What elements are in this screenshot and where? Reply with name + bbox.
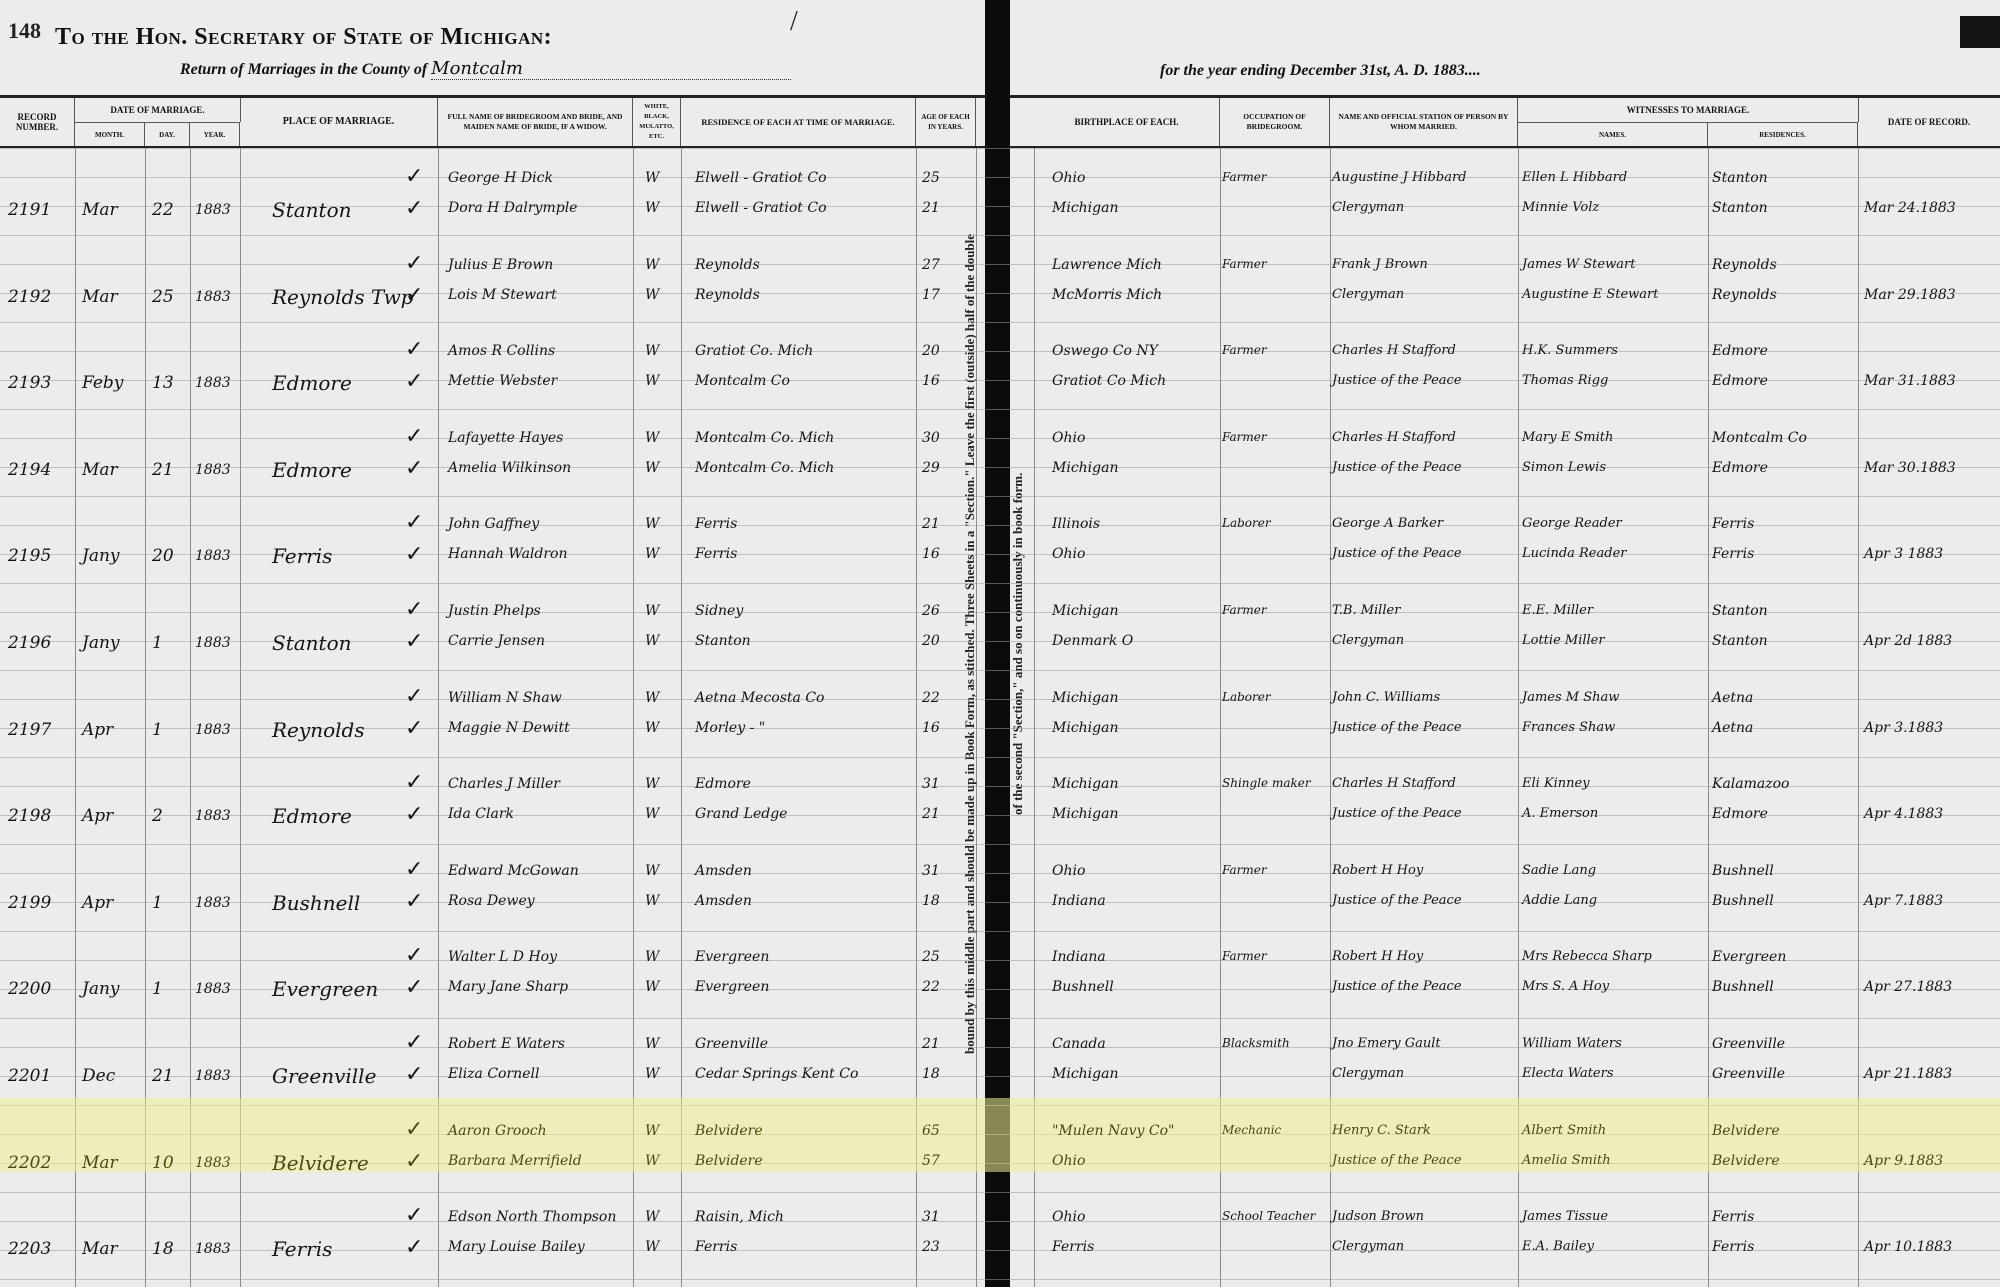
bride-age: 20 <box>922 633 940 649</box>
officiant-title: Clergyman <box>1332 287 1404 302</box>
date-of-record: Apr 21.1883 <box>1864 1066 1952 1082</box>
officiant-name: Augustine J Hibbard <box>1332 170 1466 185</box>
marriage-record-row[interactable]: 2197 Apr 1 1883 Reynolds ✓ ✓ William N S… <box>0 672 2000 758</box>
bride-age: 16 <box>922 720 940 736</box>
header-date-of-record: Date of Record. <box>1858 98 2000 146</box>
groom-birthplace: Canada <box>1052 1036 1106 1052</box>
groom-age: 22 <box>922 690 940 706</box>
record-number: 2195 <box>8 546 51 566</box>
groom-birthplace: Michigan <box>1052 603 1118 619</box>
groom-color: W <box>645 257 659 273</box>
officiant-title: Clergyman <box>1332 200 1404 215</box>
checkmark-icon: ✓ <box>405 196 423 221</box>
date-of-record: Apr 4.1883 <box>1864 806 1943 822</box>
marriage-month: Mar <box>82 460 118 480</box>
marriage-day: 22 <box>152 200 174 220</box>
groom-color: W <box>645 430 659 446</box>
marriage-day: 25 <box>152 287 174 307</box>
witness-1-name: Mary E Smith <box>1522 430 1613 445</box>
witness-2-name: Electa Waters <box>1522 1066 1614 1081</box>
marriage-place: Bushnell <box>272 891 360 915</box>
bride-name: Mary Jane Sharp <box>448 979 568 995</box>
bride-birthplace: Ferris <box>1052 1239 1094 1255</box>
marriage-month: Mar <box>82 1153 118 1173</box>
checkmark-icon: ✓ <box>405 802 423 827</box>
groom-occupation: Laborer <box>1222 516 1271 530</box>
bride-birthplace: Michigan <box>1052 1066 1118 1082</box>
checkmark-icon: ✓ <box>405 164 423 189</box>
checkmark-icon: ✓ <box>405 456 423 481</box>
bride-birthplace: Bushnell <box>1052 979 1114 995</box>
marriage-place: Greenville <box>272 1064 376 1088</box>
groom-age: 20 <box>922 343 940 359</box>
officiant-title: Justice of the Peace <box>1332 893 1462 908</box>
bride-color: W <box>645 546 659 562</box>
marriage-place: Stanton <box>272 631 352 655</box>
marriage-day: 1 <box>152 633 163 653</box>
header-witness-names: Names. <box>1518 122 1708 146</box>
groom-color: W <box>645 1036 659 1052</box>
groom-residence: Evergreen <box>695 949 769 965</box>
groom-occupation: Blacksmith <box>1222 1036 1290 1050</box>
checkmark-icon: ✓ <box>405 716 423 741</box>
marriage-month: Jany <box>82 633 120 653</box>
marriage-year: 1883 <box>195 635 231 651</box>
date-of-record: Mar 24.1883 <box>1864 200 1956 216</box>
bride-residence: Montcalm Co <box>695 373 790 389</box>
bride-color: W <box>645 806 659 822</box>
officiant-name: Robert H Hoy <box>1332 863 1423 878</box>
officiant-title: Justice of the Peace <box>1332 460 1462 475</box>
witness-2-residence: Bushnell <box>1712 893 1774 909</box>
checkmark-icon: ✓ <box>405 889 423 914</box>
marriage-month: Jany <box>82 546 120 566</box>
bride-color: W <box>645 893 659 909</box>
groom-residence: Montcalm Co. Mich <box>695 430 834 446</box>
bride-name: Eliza Cornell <box>448 1066 539 1082</box>
marriage-year: 1883 <box>195 895 231 911</box>
header-witness-residences: Residences. <box>1708 122 1858 146</box>
groom-occupation: Farmer <box>1222 603 1267 617</box>
marriage-day: 21 <box>152 1066 174 1086</box>
witness-2-name: Lottie Miller <box>1522 633 1605 648</box>
groom-color: W <box>645 863 659 879</box>
bride-residence: Stanton <box>695 633 751 649</box>
witness-2-residence: Aetna <box>1712 720 1753 736</box>
marriage-place: Stanton <box>272 198 352 222</box>
checkmark-icon: ✓ <box>405 1030 423 1055</box>
groom-age: 25 <box>922 170 940 186</box>
witness-1-residence: Belvidere <box>1712 1123 1780 1139</box>
witness-1-name: H.K. Summers <box>1522 343 1618 358</box>
groom-birthplace: Lawrence Mich <box>1052 257 1162 273</box>
checkmark-icon: ✓ <box>405 629 423 654</box>
groom-color: W <box>645 949 659 965</box>
witness-1-residence: Evergreen <box>1712 949 1786 965</box>
header-date-of-marriage: Date of Marriage. <box>75 98 241 122</box>
witness-1-residence: Ferris <box>1712 516 1754 532</box>
checkmark-icon: ✓ <box>405 542 423 567</box>
checkmark-icon: ✓ <box>405 337 423 362</box>
bride-residence: Cedar Springs Kent Co <box>695 1066 858 1082</box>
marriage-year: 1883 <box>195 722 231 738</box>
marriage-place: Evergreen <box>272 977 378 1001</box>
marriage-record-row[interactable]: 2199 Apr 1 1883 Bushnell ✓ ✓ Edward McGo… <box>0 845 2000 931</box>
groom-residence: Sidney <box>695 603 743 619</box>
witness-1-name: Eli Kinney <box>1522 776 1590 791</box>
groom-occupation: Mechanic <box>1222 1123 1281 1137</box>
bride-birthplace: McMorris Mich <box>1052 287 1162 303</box>
groom-birthplace: Ohio <box>1052 170 1085 186</box>
witness-2-residence: Ferris <box>1712 546 1754 562</box>
groom-occupation: Farmer <box>1222 863 1267 877</box>
witness-1-residence: Ferris <box>1712 1209 1754 1225</box>
groom-name: Edson North Thompson <box>448 1209 616 1225</box>
witness-2-name: Lucinda Reader <box>1522 546 1626 561</box>
year-ending-line: for the year ending December 31st, A. D.… <box>1160 62 1481 80</box>
witness-1-name: James W Stewart <box>1522 257 1635 272</box>
groom-occupation: Farmer <box>1222 430 1267 444</box>
checkmark-icon: ✓ <box>405 369 423 394</box>
witness-2-residence: Greenville <box>1712 1066 1785 1082</box>
groom-occupation: School Teacher <box>1222 1209 1315 1223</box>
record-number: 2202 <box>8 1153 51 1173</box>
bride-residence: Evergreen <box>695 979 769 995</box>
marriage-record-row[interactable]: 2201 Dec 21 1883 Greenville ✓ ✓ Robert E… <box>0 1018 2000 1104</box>
witness-1-residence: Aetna <box>1712 690 1753 706</box>
groom-residence: Reynolds <box>695 257 760 273</box>
record-number: 2200 <box>8 979 51 999</box>
groom-occupation: Farmer <box>1222 343 1267 357</box>
header-color: White, Black, Mulatto, Etc. <box>633 98 681 146</box>
marriage-record-row[interactable]: 2196 Jany 1 1883 Stanton ✓ ✓ Justin Phel… <box>0 585 2000 671</box>
header-record-number: Record Number. <box>0 98 75 146</box>
marriage-place: Ferris <box>272 1237 332 1261</box>
date-of-record: Apr 3.1883 <box>1864 720 1943 736</box>
checkmark-icon: ✓ <box>405 1149 423 1174</box>
bride-age: 21 <box>922 200 940 216</box>
witness-2-residence: Stanton <box>1712 200 1768 216</box>
bride-age: 18 <box>922 893 940 909</box>
record-number: 2193 <box>8 373 51 393</box>
groom-color: W <box>645 516 659 532</box>
groom-residence: Elwell - Gratiot Co <box>695 170 827 186</box>
header-month: Month. <box>75 122 145 146</box>
record-number: 2197 <box>8 720 51 740</box>
bride-color: W <box>645 979 659 995</box>
officiant-name: Charles H Stafford <box>1332 343 1456 358</box>
groom-name: Julius E Brown <box>448 257 553 273</box>
witness-1-name: Sadie Lang <box>1522 863 1596 878</box>
marriage-place: Belvidere <box>272 1151 369 1175</box>
ruled-line <box>0 148 2000 149</box>
officiant-name: Jno Emery Gault <box>1332 1036 1441 1051</box>
groom-birthplace: Ohio <box>1052 1209 1085 1225</box>
checkmark-icon: ✓ <box>405 943 423 968</box>
marriage-year: 1883 <box>195 808 231 824</box>
bride-residence: Grand Ledge <box>695 806 787 822</box>
bride-name: Hannah Waldron <box>448 546 568 562</box>
groom-residence: Belvidere <box>695 1123 763 1139</box>
groom-birthplace: Oswego Co NY <box>1052 343 1158 359</box>
groom-name: John Gaffney <box>448 516 539 532</box>
groom-age: 27 <box>922 257 940 273</box>
groom-age: 31 <box>922 1209 940 1225</box>
witness-1-name: George Reader <box>1522 516 1622 531</box>
bride-age: 16 <box>922 373 940 389</box>
bride-residence: Morley - " <box>695 720 765 736</box>
witness-2-name: E.A. Bailey <box>1522 1239 1594 1254</box>
marriage-record-row[interactable]: 2191 Mar 22 1883 Stanton ✓ ✓ George H Di… <box>0 152 2000 238</box>
bride-age: 21 <box>922 806 940 822</box>
bride-color: W <box>645 200 659 216</box>
bride-name: Carrie Jensen <box>448 633 545 649</box>
groom-name: William N Shaw <box>448 690 562 706</box>
groom-residence: Edmore <box>695 776 751 792</box>
checkmark-icon: ✓ <box>405 857 423 882</box>
date-of-record: Apr 9.1883 <box>1864 1153 1943 1169</box>
groom-name: Charles J Miller <box>448 776 560 792</box>
checkmark-icon: ✓ <box>405 510 423 535</box>
witness-2-residence: Edmore <box>1712 460 1768 476</box>
marriage-day: 1 <box>152 979 163 999</box>
marriage-record-row[interactable]: 2203 Mar 18 1883 Ferris ✓ ✓ Edson North … <box>0 1191 2000 1277</box>
bride-age: 22 <box>922 979 940 995</box>
groom-age: 26 <box>922 603 940 619</box>
header-full-name: Full Name of Bridegroom and Bride, and M… <box>438 98 633 146</box>
marriage-day: 2 <box>152 806 163 826</box>
bride-residence: Belvidere <box>695 1153 763 1169</box>
header-place: Place of Marriage. <box>240 98 438 146</box>
witness-1-residence: Kalamazoo <box>1712 776 1790 792</box>
witness-1-residence: Stanton <box>1712 170 1768 186</box>
officiant-name: George A Barker <box>1332 516 1443 531</box>
marriage-month: Apr <box>82 893 113 913</box>
date-of-record: Apr 7.1883 <box>1864 893 1943 909</box>
marriage-day: 1 <box>152 720 163 740</box>
groom-color: W <box>645 603 659 619</box>
officiant-name: Henry C. Stark <box>1332 1123 1431 1138</box>
groom-name: Amos R Collins <box>448 343 555 359</box>
officiant-title: Justice of the Peace <box>1332 546 1462 561</box>
bride-age: 17 <box>922 287 940 303</box>
bride-residence: Ferris <box>695 546 737 562</box>
county-return-line: Return of Marriages in the County of Mon… <box>180 58 791 80</box>
groom-residence: Amsden <box>695 863 752 879</box>
marriage-place: Reynolds Twp <box>272 285 413 309</box>
marriage-day: 10 <box>152 1153 174 1173</box>
record-number: 2198 <box>8 806 51 826</box>
bride-age: 29 <box>922 460 940 476</box>
marriage-year: 1883 <box>195 1241 231 1257</box>
checkmark-icon: ✓ <box>405 1117 423 1142</box>
officiant-name: Frank J Brown <box>1332 257 1428 272</box>
bride-color: W <box>645 460 659 476</box>
marriage-record-row[interactable]: 2192 Mar 25 1883 Reynolds Twp ✓ ✓ Julius… <box>0 239 2000 325</box>
document-title: To the Hon. Secretary of State of Michig… <box>55 24 552 51</box>
checkmark-icon: ✓ <box>405 770 423 795</box>
record-number: 2203 <box>8 1239 51 1259</box>
bride-name: Maggie N Dewitt <box>448 720 570 736</box>
marriage-day: 13 <box>152 373 174 393</box>
checkmark-icon: ✓ <box>405 424 423 449</box>
bride-age: 16 <box>922 546 940 562</box>
witness-1-residence: Stanton <box>1712 603 1768 619</box>
record-number: 2201 <box>8 1066 51 1086</box>
date-of-record: Apr 27.1883 <box>1864 979 1952 995</box>
bride-color: W <box>645 373 659 389</box>
date-of-record: Mar 30.1883 <box>1864 460 1956 476</box>
groom-birthplace: Indiana <box>1052 949 1106 965</box>
marriage-month: Mar <box>82 1239 118 1259</box>
witness-2-name: Frances Shaw <box>1522 720 1615 735</box>
witness-1-residence: Edmore <box>1712 343 1768 359</box>
groom-age: 31 <box>922 776 940 792</box>
bride-birthplace: Michigan <box>1052 460 1118 476</box>
groom-residence: Greenville <box>695 1036 768 1052</box>
witness-2-name: Amelia Smith <box>1522 1153 1611 1168</box>
bride-color: W <box>645 1066 659 1082</box>
header-residence: Residence of Each at Time of Marriage. <box>681 98 916 146</box>
witness-2-residence: Edmore <box>1712 806 1768 822</box>
bride-name: Barbara Merrifield <box>448 1153 582 1169</box>
witness-1-residence: Bushnell <box>1712 863 1774 879</box>
officiant-name: Charles H Stafford <box>1332 430 1456 445</box>
marriage-record-row[interactable]: 2202 Mar 10 1883 Belvidere ✓ ✓ Aaron Gro… <box>0 1105 2000 1191</box>
marriage-month: Jany <box>82 979 120 999</box>
officiant-title: Justice of the Peace <box>1332 806 1462 821</box>
checkmark-icon: ✓ <box>405 1235 423 1260</box>
marriage-year: 1883 <box>195 202 231 218</box>
checkmark-icon: ✓ <box>405 1062 423 1087</box>
bride-age: 18 <box>922 1066 940 1082</box>
record-number: 2191 <box>8 200 51 220</box>
bride-color: W <box>645 720 659 736</box>
bride-color: W <box>645 633 659 649</box>
bride-birthplace: Ohio <box>1052 1153 1085 1169</box>
marriage-day: 21 <box>152 460 174 480</box>
groom-residence: Ferris <box>695 516 737 532</box>
bride-birthplace: Gratiot Co Mich <box>1052 373 1166 389</box>
witness-2-name: Minnie Volz <box>1522 200 1599 215</box>
officiant-title: Justice of the Peace <box>1332 373 1462 388</box>
subtitle-label: Return of Marriages in the County of <box>180 61 427 78</box>
groom-age: 30 <box>922 430 940 446</box>
groom-occupation: Laborer <box>1222 690 1271 704</box>
officiant-name: John C. Williams <box>1332 690 1440 705</box>
checkmark-icon: ✓ <box>405 684 423 709</box>
record-number: 2199 <box>8 893 51 913</box>
groom-occupation: Farmer <box>1222 257 1267 271</box>
bride-name: Amelia Wilkinson <box>448 460 571 476</box>
bride-name: Rosa Dewey <box>448 893 535 909</box>
groom-birthplace: Ohio <box>1052 430 1085 446</box>
groom-name: Robert E Waters <box>448 1036 565 1052</box>
ruled-line <box>0 1279 2000 1280</box>
officiant-name: T.B. Miller <box>1332 603 1400 618</box>
checkmark-icon: ✓ <box>405 597 423 622</box>
bride-name: Lois M Stewart <box>448 287 557 303</box>
groom-color: W <box>645 776 659 792</box>
date-of-record: Apr 10.1883 <box>1864 1239 1952 1255</box>
witness-2-name: Mrs S. A Hoy <box>1522 979 1609 994</box>
officiant-title: Clergyman <box>1332 1239 1404 1254</box>
witness-2-name: Simon Lewis <box>1522 460 1606 475</box>
witness-2-name: Addie Lang <box>1522 893 1597 908</box>
marriage-month: Apr <box>82 806 113 826</box>
witness-1-name: Mrs Rebecca Sharp <box>1522 949 1652 964</box>
groom-occupation: Farmer <box>1222 949 1267 963</box>
marriage-place: Edmore <box>272 371 352 395</box>
bride-residence: Reynolds <box>695 287 760 303</box>
bride-name: Mary Louise Bailey <box>448 1239 585 1255</box>
checkmark-icon: ✓ <box>405 283 423 308</box>
header-officiant: Name and Official Station of Person by W… <box>1330 98 1518 146</box>
marriage-month: Feby <box>82 373 123 393</box>
date-of-record: Mar 31.1883 <box>1864 373 1956 389</box>
groom-color: W <box>645 343 659 359</box>
groom-age: 31 <box>922 863 940 879</box>
groom-color: W <box>645 1123 659 1139</box>
witness-2-residence: Edmore <box>1712 373 1768 389</box>
marriage-record-row[interactable]: 2193 Feby 13 1883 Edmore ✓ ✓ Amos R Coll… <box>0 325 2000 411</box>
record-number: 2194 <box>8 460 51 480</box>
witness-1-name: William Waters <box>1522 1036 1622 1051</box>
bride-name: Mettie Webster <box>448 373 557 389</box>
groom-name: Edward McGowan <box>448 863 579 879</box>
officiant-title: Justice of the Peace <box>1332 720 1462 735</box>
header-witnesses: Witnesses to Marriage. <box>1518 98 1859 122</box>
header-day: Day. <box>145 122 190 146</box>
marriage-year: 1883 <box>195 1155 231 1171</box>
officiant-title: Justice of the Peace <box>1332 1153 1462 1168</box>
groom-birthplace: Ohio <box>1052 863 1085 879</box>
marriage-day: 18 <box>152 1239 174 1259</box>
groom-color: W <box>645 1209 659 1225</box>
left-column-headers: Record Number. Date of Marriage. Month. … <box>0 98 985 146</box>
officiant-title: Clergyman <box>1332 633 1404 648</box>
groom-occupation: Farmer <box>1222 170 1267 184</box>
marriage-day: 20 <box>152 546 174 566</box>
marriage-day: 1 <box>152 893 163 913</box>
checkmark-icon: ✓ <box>405 1203 423 1228</box>
record-number: 2192 <box>8 287 51 307</box>
officiant-title: Clergyman <box>1332 1066 1404 1081</box>
witness-2-residence: Ferris <box>1712 1239 1754 1255</box>
marriage-record-row[interactable]: 2200 Jany 1 1883 Evergreen ✓ ✓ Walter L … <box>0 931 2000 1017</box>
checkmark-icon: ✓ <box>405 251 423 276</box>
date-of-record: Apr 2d 1883 <box>1864 633 1952 649</box>
witness-1-residence: Greenville <box>1712 1036 1785 1052</box>
officiant-name: Robert H Hoy <box>1332 949 1423 964</box>
bride-birthplace: Michigan <box>1052 200 1118 216</box>
bride-birthplace: Denmark O <box>1052 633 1133 649</box>
witness-2-residence: Stanton <box>1712 633 1768 649</box>
right-column-headers: Birthplace of Each. Occupation of Brideg… <box>1010 98 2000 146</box>
witness-2-residence: Belvidere <box>1712 1153 1780 1169</box>
witness-1-name: Albert Smith <box>1522 1123 1606 1138</box>
marriage-record-row[interactable]: 2195 Jany 20 1883 Ferris ✓ ✓ John Gaffne… <box>0 498 2000 584</box>
groom-residence: Aetna Mecosta Co <box>695 690 824 706</box>
marriage-record-row[interactable]: 2198 Apr 2 1883 Edmore ✓ ✓ Charles J Mil… <box>0 758 2000 844</box>
marriage-year: 1883 <box>195 981 231 997</box>
marriage-year: 1883 <box>195 289 231 305</box>
witness-1-residence: Reynolds <box>1712 257 1777 273</box>
marriage-record-row[interactable]: 2194 Mar 21 1883 Edmore ✓ ✓ Lafayette Ha… <box>0 412 2000 498</box>
witness-2-residence: Reynolds <box>1712 287 1777 303</box>
bride-birthplace: Michigan <box>1052 806 1118 822</box>
marriage-place: Reynolds <box>272 718 365 742</box>
